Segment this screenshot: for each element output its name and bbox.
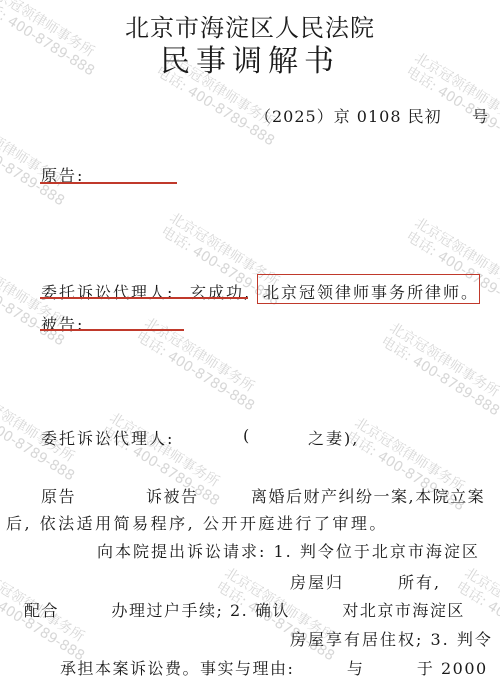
defendant-label: 被告:	[41, 312, 84, 335]
body-line: 原告 诉被告 离婚后财产纠纷一案,本院立案	[41, 484, 485, 507]
affiliation-highlight-box	[257, 274, 480, 304]
defendant-agent-label: 委托诉讼代理人:	[41, 426, 174, 449]
document-page: 北京冠领律师事务所电话: 400-8789-888 北京冠领律师事务所电话: 4…	[0, 0, 500, 683]
body-line: 房屋归 所有,	[290, 570, 441, 593]
plaintiff-agent-red-underline	[40, 297, 248, 299]
watermark: 北京冠领律师事务所电话: 400-8789-888	[0, 110, 76, 209]
body-line: 承担本案诉讼费。事实与理由: 与 于 2000	[60, 656, 488, 679]
defendant-agent-relation: 之妻),	[308, 426, 359, 449]
defendant-red-underline	[40, 329, 184, 331]
body-line: 配合 办理过户手续; 2. 确认 对北京市海淀区	[24, 598, 465, 621]
case-number: （2025）京 0108 民初	[255, 104, 442, 127]
plaintiff-agent-name: 玄成功,	[190, 280, 251, 303]
body-line: 向本院提出诉讼请求: 1. 判令位于北京市海淀区	[97, 539, 480, 562]
body-line: 后, 依法适用简易程序, 公开开庭进行了审理。	[6, 511, 388, 534]
document-type-title: 民事调解书	[0, 36, 500, 80]
plaintiff-red-underline	[40, 182, 177, 184]
body-line: 房屋享有居住权; 3. 判令	[290, 627, 493, 650]
defendant-agent-open-paren: (	[243, 426, 251, 445]
case-number-suffix: 号	[472, 104, 490, 127]
watermark: 北京冠领律师事务所电话: 400-8789-888	[378, 320, 500, 419]
plaintiff-agent-label: 委托诉讼代理人:	[41, 280, 174, 303]
